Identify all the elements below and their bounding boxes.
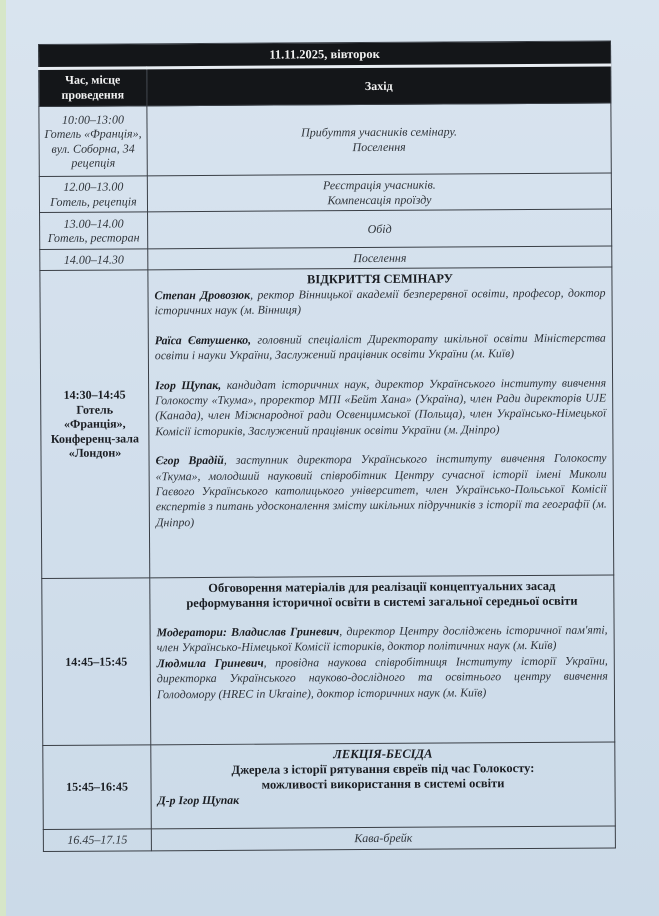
speaker-name: Людмила Гриневич: [157, 655, 264, 670]
time-place-cell: 13.00–14.00 Готель, ресторан: [40, 212, 148, 250]
time: 14:30–14:45: [45, 388, 144, 403]
speaker-entry: Єгор Врадій, заступник директора Українс…: [156, 451, 607, 531]
table-row: 12.00–13.00 Готель, рецепція Реєстрація …: [39, 173, 611, 212]
speaker-name: Ігор Щупак,: [155, 378, 221, 392]
speaker-name: Раїса Євтушенко,: [155, 333, 251, 348]
speaker-entry: Людмила Гриневич, провідна наукова співр…: [157, 653, 608, 702]
speaker-name: Степан Дровозюк: [154, 288, 250, 303]
time: 13.00–14.00: [44, 216, 143, 231]
time-place-cell: 15:45–16:45: [43, 745, 152, 830]
schedule-table: 11.11.2025, вівторок Час, місце проведен…: [38, 40, 616, 851]
time: 16.45–17.15: [48, 833, 147, 848]
day-header: 11.11.2025, вівторок: [39, 41, 611, 68]
table-row: 13.00–14.00 Готель, ресторан Обід: [40, 209, 612, 249]
time-place-cell: 14:30–14:45 Готель «Франція», Конференц-…: [40, 270, 150, 579]
event-line: Обід: [152, 220, 607, 237]
table-row: 16.45–17.15 Кава-брейк: [43, 826, 615, 851]
speaker-name: Д-р Ігор Щупак: [158, 793, 240, 807]
time: 15:45–16:45: [47, 780, 146, 795]
time: 14:45–15:45: [47, 654, 146, 669]
event-cell: ЛЕКЦІЯ-БЕСІДА Джерела з історії рятуванн…: [151, 742, 616, 829]
event-line: Поселення: [152, 249, 607, 266]
event-cell: Прибуття учасників семінару. Поселення: [147, 103, 611, 176]
table-row: 14:30–14:45 Готель «Франція», Конференц-…: [40, 267, 614, 578]
column-header-time-place: Час, місце проведення: [39, 68, 147, 107]
event-cell: Поселення: [148, 246, 612, 270]
time: 10:00–13:00: [43, 112, 142, 127]
speaker-desc: кандидат історичних наук, директор Украї…: [155, 375, 606, 438]
page-edge: [0, 0, 6, 916]
speaker-entry: Модератори: Владислав Гриневич, директор…: [157, 623, 608, 657]
table-row: 15:45–16:45 ЛЕКЦІЯ-БЕСІДА Джерела з істо…: [43, 742, 616, 829]
event-cell: Кава-брейк: [151, 826, 615, 851]
speaker-entry: Степан Дровозюк, ректор Вінницької акаде…: [154, 286, 605, 320]
speaker-name: Єгор Врадій: [156, 453, 224, 467]
speaker-name: Владислав Гриневич: [231, 624, 339, 639]
time: 14.00–14.30: [44, 252, 143, 267]
event-cell: Обід: [148, 209, 612, 249]
event-cell: Реєстрація учасників. Компенсація проїзд…: [147, 173, 611, 212]
time-place-cell: 12.00–13.00 Готель, рецепція: [39, 176, 147, 213]
speaker-desc: , заступник директора Українського інсти…: [156, 451, 607, 529]
place: Готель, рецепція: [44, 194, 143, 209]
place: Готель, ресторан: [44, 230, 143, 245]
speaker-entry: Д-р Ігор Щупак: [158, 791, 609, 809]
time-place-cell: 10:00–13:00 Готель «Франція», вул. Собор…: [39, 106, 147, 177]
time-place-cell: 16.45–17.15: [43, 829, 151, 852]
time-place-cell: 14.00–14.30: [40, 249, 148, 271]
table-row: 14:45–15:45 Обговорення матеріалів для р…: [42, 575, 615, 745]
event-line: Кава-брейк: [156, 830, 611, 847]
event-cell: ВІДКРИТТЯ СЕМІНАРУ Степан Дровозюк, рект…: [148, 267, 614, 578]
place: Готель «Франція», вул. Соборна, 34 рецеп…: [44, 126, 143, 170]
schedule-sheet: 11.11.2025, вівторок Час, місце проведен…: [38, 40, 616, 851]
event-line: Поселення: [152, 138, 607, 155]
event-cell: Обговорення матеріалів для реалізації ко…: [150, 575, 615, 745]
speaker-entry: Ігор Щупак, кандидат історичних наук, ди…: [155, 375, 606, 439]
event-line: Компенсація проїзду: [152, 191, 607, 208]
place: Готель «Франція», Конференц-зала «Лондон…: [45, 402, 144, 461]
time: 12.00–13.00: [44, 179, 143, 194]
time-place-cell: 14:45–15:45: [42, 578, 151, 746]
moderators-label: Модератори:: [157, 625, 227, 639]
table-row: 10:00–13:00 Готель «Франція», вул. Собор…: [39, 103, 611, 176]
section-title: Обговорення матеріалів для реалізації ко…: [156, 579, 607, 612]
speaker-entry: Раїса Євтушенко, головний спеціаліст Дир…: [155, 330, 606, 364]
column-header-event: Захід: [147, 65, 611, 106]
